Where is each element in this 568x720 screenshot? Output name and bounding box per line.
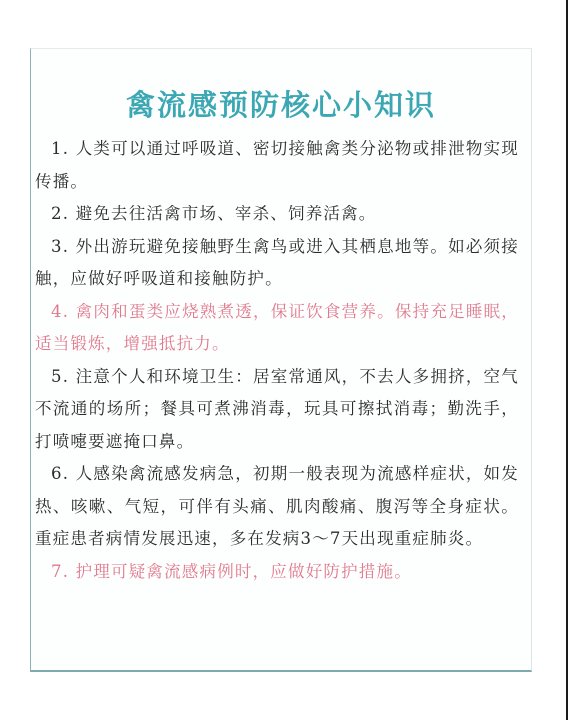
tip-item-6: 6. 人感染禽流感发病急，初期一般表现为流感样症状，如发热、咳嗽、气短，可伴有头…	[35, 458, 519, 556]
tip-item-3: 3. 外出游玩避免接触野生禽鸟或进入其栖息地等。如必须接触，应做好呼吸道和接触防…	[35, 231, 519, 296]
tip-item-2: 2. 避免去往活禽市场、宰杀、饲养活禽。	[35, 198, 519, 231]
tip-item-1: 1. 人类可以通过呼吸道、密切接触禽类分泌物或排泄物实现传播。	[35, 133, 519, 198]
tip-item-4-highlighted: 4. 禽肉和蛋类应烧熟煮透，保证饮食营养。保持充足睡眠，适当锻炼，增强抵抗力。	[35, 296, 519, 361]
page-title: 禽流感预防核心小知识	[31, 85, 531, 125]
knowledge-card: 禽流感预防核心小知识 1. 人类可以通过呼吸道、密切接触禽类分泌物或排泄物实现传…	[30, 48, 532, 672]
tip-item-7-highlighted: 7. 护理可疑禽流感病例时，应做好防护措施。	[35, 556, 519, 589]
tip-item-5: 5. 注意个人和环境卫生：居室常通风，不去人多拥挤，空气不流通的场所；餐具可煮沸…	[35, 361, 519, 459]
tips-list: 1. 人类可以通过呼吸道、密切接触禽类分泌物或排泄物实现传播。 2. 避免去往活…	[35, 133, 519, 588]
